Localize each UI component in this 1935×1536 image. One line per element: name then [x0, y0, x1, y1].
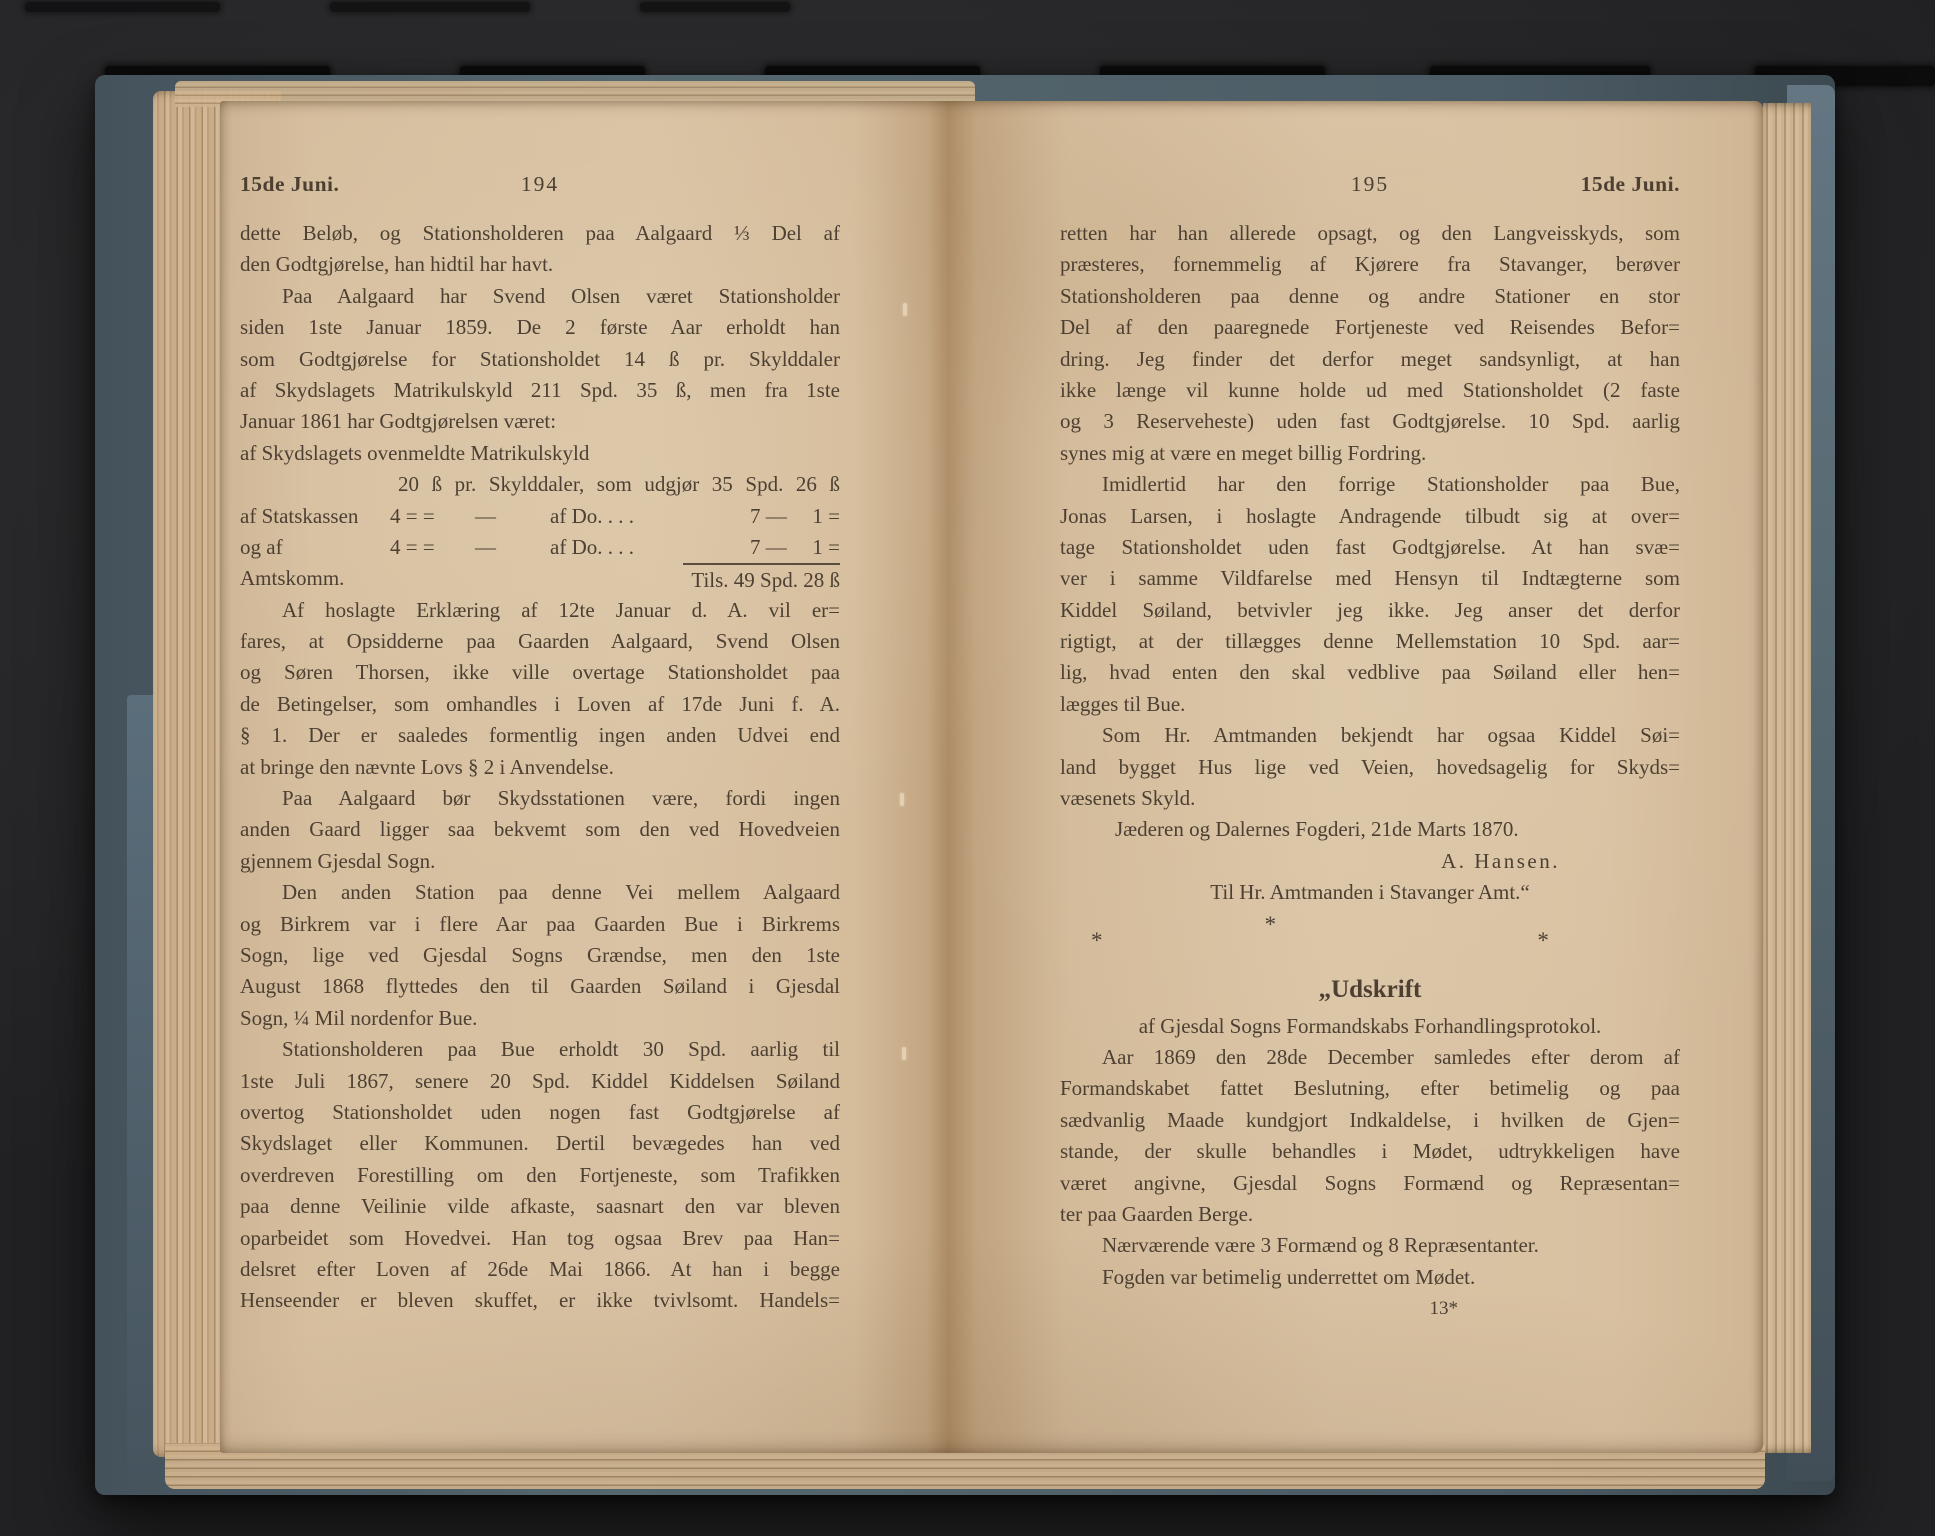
text-line: Fogden var betimelig underrettet om Møde…: [1060, 1262, 1680, 1293]
text-line: dring. Jeg finder det derfor meget sands…: [1060, 344, 1680, 375]
text-line: dette Beløb, og Stationsholderen paa Aal…: [240, 218, 840, 249]
text-line: Skydslaget eller Kommunen. Dertil bevæge…: [240, 1128, 840, 1159]
asterisk: *: [1537, 925, 1549, 956]
tally-cell: 7 —: [750, 501, 812, 532]
text-line: Nærværende være 3 Formænd og 8 Repræsent…: [1060, 1230, 1680, 1261]
text-line: som Godtgjørelse for Stationsholdet 14 ß…: [240, 344, 840, 375]
text-line: lig, hvad enten den skal vedblive paa Sø…: [1060, 657, 1680, 688]
text-line: land bygget Hus lige ved Veien, hovedsag…: [1060, 752, 1680, 783]
text-line: paa denne Veilinie vilde afkaste, saasna…: [240, 1191, 840, 1222]
text-line: præsteres, fornemmelig af Kjørere fra St…: [1060, 249, 1680, 280]
page-195-text: retten har han allerede opsagt, og den L…: [1060, 218, 1680, 1325]
text-line: Del af den paaregnede Fortjeneste ved Re…: [1060, 312, 1680, 343]
text-line: lægges til Bue.: [1060, 689, 1680, 720]
text-line: „Udskrift: [1060, 969, 1680, 1011]
right-page-stack-edges: [1763, 103, 1811, 1453]
text-line: Januar 1861 har Godtgjørelsen været:: [240, 406, 840, 437]
tally-cell: af Statskassen: [240, 501, 390, 532]
text-line: Jæderen og Dalernes Fogderi, 21de Marts …: [1060, 814, 1680, 845]
text-line: delsret efter Loven af 26de Mai 1866. At…: [240, 1254, 840, 1285]
text-line: 1ste Juli 1867, senere 20 Spd. Kiddel Ki…: [240, 1066, 840, 1097]
text-line: sædvanlig Maade kundgjort Indkaldelse, i…: [1060, 1105, 1680, 1136]
text-line: 13*: [1060, 1293, 1680, 1324]
tally-cell: og af Amtskomm.: [240, 532, 390, 595]
text-line: siden 1ste Januar 1859. De 2 første Aar …: [240, 312, 840, 343]
text-line: Imidlertid har den forrige Stationsholde…: [1060, 469, 1680, 500]
text-line: fares, at Opsidderne paa Gaarden Aalgaar…: [240, 626, 840, 657]
text-line: de Betingelser, som omhandles i Loven af…: [240, 689, 840, 720]
header-date: 15de Juni.: [240, 167, 438, 201]
asterisk: *: [1091, 925, 1103, 956]
text-line: Paa Aalgaard bør Skydsstationen være, fo…: [240, 783, 840, 814]
page-195: 195 15de Juni. retten har han allerede o…: [1060, 167, 1680, 1325]
tally-cell: —: [475, 501, 550, 532]
text-line: af Skydslagets Matrikulskyld 211 Spd. 35…: [240, 375, 840, 406]
binding-thread: [900, 793, 904, 806]
text-line: og Birkrem var i flere Aar paa Gaarden B…: [240, 909, 840, 940]
text-line: og Søren Thorsen, ikke ville overtage St…: [240, 657, 840, 688]
text-line: Af hoslagte Erklæring af 12te Januar d. …: [240, 595, 840, 626]
header-date: 15de Juni.: [1475, 167, 1680, 201]
open-book: 15de Juni. 194 dette Beløb, og Stationsh…: [95, 75, 1835, 1495]
page-194: 15de Juni. 194 dette Beløb, og Stationsh…: [240, 167, 840, 1317]
asterisk-separator: ***: [1060, 909, 1680, 965]
text-line: rigtigt, at der tillægges denne Mellemst…: [1060, 626, 1680, 657]
text-line: anden Gaard ligger saa bekvemt som den v…: [240, 814, 840, 845]
text-line: 20 ß pr. Skylddaler, som udgjør 35 Spd. …: [240, 469, 840, 500]
text-line: og 3 Reserveheste) uden fast Godtgjørels…: [1060, 406, 1680, 437]
text-line: Stationsholderen paa Bue erholdt 30 Spd.…: [240, 1034, 840, 1065]
text-line: af Gjesdal Sogns Formandskabs Forhandlin…: [1060, 1011, 1680, 1042]
cradle-mark: [25, 2, 220, 12]
page-194-text: dette Beløb, og Stationsholderen paa Aal…: [240, 218, 840, 1317]
header-spacer: [1060, 167, 1265, 201]
text-line: overdreven Forestilling om den Fortjenes…: [240, 1160, 840, 1191]
text-line: synes mig at være en meget billig Fordri…: [1060, 438, 1680, 469]
text-line: retten har han allerede opsagt, og den L…: [1060, 218, 1680, 249]
text-line: Sogn, ¼ Mil nordenfor Bue.: [240, 1003, 840, 1034]
text-line: A. Hansen.: [1060, 846, 1680, 877]
text-line: § 1. Der er saaledes formentlig ingen an…: [240, 720, 840, 751]
text-line: ikke længe vil kunne holde ud med Statio…: [1060, 375, 1680, 406]
binding-thread: [903, 303, 907, 316]
text-line: Formandskabet fattet Beslutning, efter b…: [1060, 1073, 1680, 1104]
cradle-mark: [640, 2, 790, 12]
photo-of-open-book: { "scene": { "background_color": "#26262…: [0, 0, 1935, 1536]
text-line: Sogn, lige ved Gjesdal Sogns Grændse, me…: [240, 940, 840, 971]
tally-cell: —: [475, 532, 550, 595]
text-line: gjennem Gjesdal Sogn.: [240, 846, 840, 877]
text-line: Henseender er bleven skuffet, er ikke tv…: [240, 1285, 840, 1316]
asterisk: *: [1265, 909, 1277, 940]
text-line: August 1868 flyttedes den til Gaarden Sø…: [240, 971, 840, 1002]
tally-cell: 4 = =: [390, 501, 475, 532]
tally-cell: 4 = =: [390, 532, 475, 595]
binding-thread: [902, 1047, 906, 1060]
tally-row: af Statskassen4 = =—af Do. . . .7 —1 =: [240, 501, 840, 532]
text-line: Kiddel Søiland, betvivler jeg ikke. Jeg …: [1060, 595, 1680, 626]
header-spacer: [642, 167, 840, 201]
page-header: 195 15de Juni.: [1060, 167, 1680, 201]
text-line: Jonas Larsen, i hoslagte Andragende tilb…: [1060, 501, 1680, 532]
page-number: 194: [438, 167, 642, 201]
page-header: 15de Juni. 194: [240, 167, 840, 201]
text-line: Den anden Station paa denne Vei mellem A…: [240, 877, 840, 908]
text-line: været angivne, Gjesdal Sogns Formænd og …: [1060, 1168, 1680, 1199]
text-line: Aar 1869 den 28de December samledes efte…: [1060, 1042, 1680, 1073]
text-line: at bringe den nævnte Lovs § 2 i Anvendel…: [240, 752, 840, 783]
text-line: Paa Aalgaard har Svend Olsen været Stati…: [240, 281, 840, 312]
cradle-mark: [330, 2, 530, 12]
text-line: væsenets Skyld.: [1060, 783, 1680, 814]
tally-row: og af Amtskomm.4 = =—af Do. . . .7 —1 =: [240, 532, 840, 563]
text-line: oparbeidet som Hovedvei. Han tog ogsaa B…: [240, 1223, 840, 1254]
text-line: overtog Stationsholdet uden nogen fast G…: [240, 1097, 840, 1128]
text-line: af Skydslagets ovenmeldte Matrikulskyld: [240, 438, 840, 469]
text-line: Stationsholderen paa denne og andre Stat…: [1060, 281, 1680, 312]
text-line: Til Hr. Amtmanden i Stavanger Amt.“: [1060, 877, 1680, 908]
text-line: den Godtgjørelse, han hidtil har havt.: [240, 249, 840, 280]
page-number: 195: [1265, 167, 1476, 201]
text-line: tage Stationsholdet uden fast Godtgjørel…: [1060, 532, 1680, 563]
text-line: stande, der skulle behandles i Mødet, ud…: [1060, 1136, 1680, 1167]
text-line: ter paa Gaarden Berge.: [1060, 1199, 1680, 1230]
text-line: Som Hr. Amtmanden bekjendt har ogsaa Kid…: [1060, 720, 1680, 751]
tally-cell: af Do. . . .: [550, 501, 750, 532]
text-line: ver i samme Vildfarelse med Hensyn til I…: [1060, 563, 1680, 594]
tally-cell: 1 =: [812, 501, 840, 532]
